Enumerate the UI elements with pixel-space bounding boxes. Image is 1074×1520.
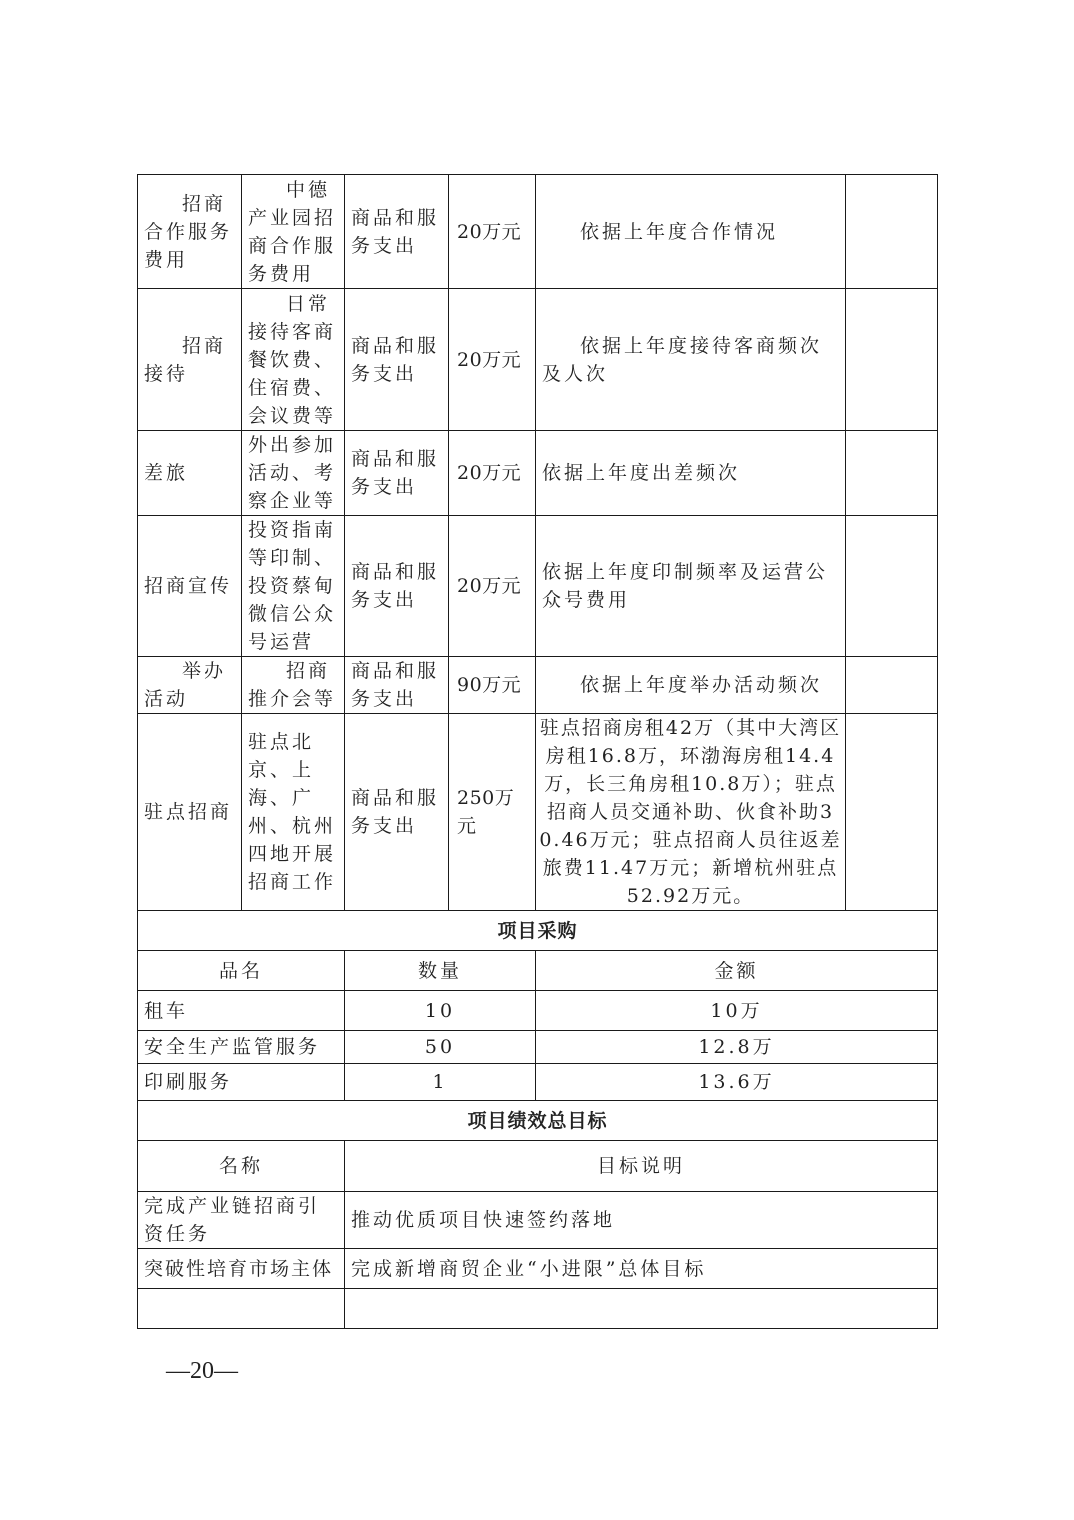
budget-note — [846, 657, 938, 714]
budget-content: 招商推介会等 — [242, 657, 345, 714]
performance-header-name: 名称 — [138, 1141, 345, 1192]
budget-note — [846, 175, 938, 289]
budget-content: 外出参加活动、考察企业等 — [242, 431, 345, 516]
procurement-amount: 13.6万 — [536, 1064, 938, 1101]
budget-category: 商品和服务支出 — [345, 289, 449, 431]
budget-basis: 依据上年度印制频率及运营公众号费用 — [536, 516, 846, 657]
budget-row: 驻点招商 驻点北京、上海、广州、杭州四地开展招商工作 商品和服务支出 250万元… — [138, 714, 938, 911]
procurement-row: 印刷服务 1 13.6万 — [138, 1064, 938, 1101]
budget-note — [846, 714, 938, 911]
budget-row: 招商接待 日常接待客商餐饮费、住宿费、会议费等 商品和服务支出 20万元 依据上… — [138, 289, 938, 431]
budget-note — [846, 431, 938, 516]
budget-category: 商品和服务支出 — [345, 431, 449, 516]
performance-row: 完成产业链招商引资任务 推动优质项目快速签约落地 — [138, 1192, 938, 1249]
budget-content: 日常接待客商餐饮费、住宿费、会议费等 — [242, 289, 345, 431]
procurement-amount: 10万 — [536, 991, 938, 1031]
budget-item: 招商接待 — [138, 289, 242, 431]
budget-basis: 依据上年度接待客商频次及人次 — [536, 289, 846, 431]
budget-basis: 依据上年度举办活动频次 — [536, 657, 846, 714]
procurement-header-quantity: 数量 — [345, 951, 536, 991]
budget-row: 差旅 外出参加活动、考察企业等 商品和服务支出 20万元 依据上年度出差频次 — [138, 431, 938, 516]
performance-description: 推动优质项目快速签约落地 — [345, 1192, 938, 1249]
performance-name: 突破性培育市场主体 — [138, 1249, 345, 1289]
budget-row: 招商合作服务费用 中德产业园招商合作服务费用 商品和服务支出 20万元 依据上年… — [138, 175, 938, 289]
performance-title-row: 项目绩效总目标 — [138, 1101, 938, 1141]
budget-category: 商品和服务支出 — [345, 657, 449, 714]
performance-row: 突破性培育市场主体 完成新增商贸企业“小进限”总体目标 — [138, 1249, 938, 1289]
performance-description — [345, 1289, 938, 1329]
procurement-header-name: 品名 — [138, 951, 345, 991]
budget-item: 差旅 — [138, 431, 242, 516]
budget-item: 招商宣传 — [138, 516, 242, 657]
procurement-title-row: 项目采购 — [138, 911, 938, 951]
budget-amount: 20万元 — [449, 516, 536, 657]
budget-content: 投资指南等印制、投资蔡甸微信公众号运营 — [242, 516, 345, 657]
procurement-quantity: 50 — [345, 1031, 536, 1064]
performance-name — [138, 1289, 345, 1329]
budget-basis: 依据上年度出差频次 — [536, 431, 846, 516]
budget-item: 举办活动 — [138, 657, 242, 714]
budget-basis: 依据上年度合作情况 — [536, 175, 846, 289]
budget-amount: 20万元 — [449, 289, 536, 431]
budget-amount: 250万元 — [449, 714, 536, 911]
budget-content: 中德产业园招商合作服务费用 — [242, 175, 345, 289]
procurement-row: 安全生产监管服务 50 12.8万 — [138, 1031, 938, 1064]
budget-content: 驻点北京、上海、广州、杭州四地开展招商工作 — [242, 714, 345, 911]
budget-note — [846, 289, 938, 431]
budget-category: 商品和服务支出 — [345, 175, 449, 289]
performance-title: 项目绩效总目标 — [138, 1101, 938, 1141]
performance-description: 完成新增商贸企业“小进限”总体目标 — [345, 1249, 938, 1289]
procurement-header-row: 品名 数量 金额 — [138, 951, 938, 991]
budget-item: 驻点招商 — [138, 714, 242, 911]
budget-row: 招商宣传 投资指南等印制、投资蔡甸微信公众号运营 商品和服务支出 20万元 依据… — [138, 516, 938, 657]
page-number: —20— — [166, 1358, 238, 1385]
procurement-title: 项目采购 — [138, 911, 938, 951]
performance-header-row: 名称 目标说明 — [138, 1141, 938, 1192]
budget-amount: 20万元 — [449, 175, 536, 289]
budget-table: 招商合作服务费用 中德产业园招商合作服务费用 商品和服务支出 20万元 依据上年… — [137, 174, 938, 1329]
performance-header-description: 目标说明 — [345, 1141, 938, 1192]
procurement-amount: 12.8万 — [536, 1031, 938, 1064]
budget-item: 招商合作服务费用 — [138, 175, 242, 289]
procurement-row: 租车 10 10万 — [138, 991, 938, 1031]
budget-category: 商品和服务支出 — [345, 714, 449, 911]
performance-name: 完成产业链招商引资任务 — [138, 1192, 345, 1249]
budget-row: 举办活动 招商推介会等 商品和服务支出 90万元 依据上年度举办活动频次 — [138, 657, 938, 714]
procurement-name: 租车 — [138, 991, 345, 1031]
budget-amount: 20万元 — [449, 431, 536, 516]
procurement-header-amount: 金额 — [536, 951, 938, 991]
procurement-quantity: 10 — [345, 991, 536, 1031]
procurement-name: 安全生产监管服务 — [138, 1031, 345, 1064]
budget-category: 商品和服务支出 — [345, 516, 449, 657]
procurement-name: 印刷服务 — [138, 1064, 345, 1101]
procurement-quantity: 1 — [345, 1064, 536, 1101]
budget-amount: 90万元 — [449, 657, 536, 714]
document-page: 招商合作服务费用 中德产业园招商合作服务费用 商品和服务支出 20万元 依据上年… — [0, 0, 1074, 1520]
budget-note — [846, 516, 938, 657]
performance-row — [138, 1289, 938, 1329]
budget-basis: 驻点招商房租42万（其中大湾区房租16.8万，环渤海房租14.4万，长三角房租1… — [536, 714, 846, 911]
